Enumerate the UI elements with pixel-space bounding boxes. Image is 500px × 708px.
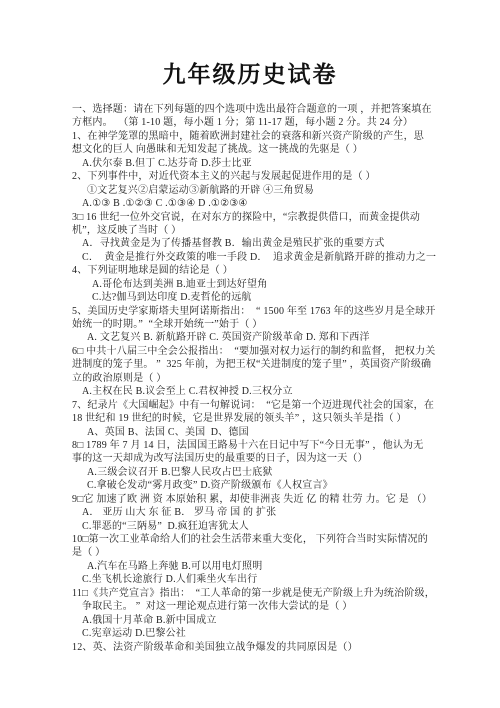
instructions-line-1: 一、选择题：请在下列每题的四个选项中选出最符合题意的一项 ，并把答案填在 bbox=[72, 103, 482, 116]
page-title: 九年级历史试卷 bbox=[0, 56, 500, 89]
exam-body: 一、选择题：请在下列每题的四个选项中选出最符合题意的一项 ，并把答案填在 方框内… bbox=[72, 103, 482, 654]
question-3-text-cont: 机”，这反映了当时（ ） bbox=[72, 224, 482, 237]
question-2-text: 2、下列事件中，对近代资本主义的兴起与发展起促进作用的是（ ） bbox=[72, 170, 482, 183]
question-3-text: 3□ 16 世纪一位外交官说，在对东方的探险中，“宗教提供借口，而黄金提供动 bbox=[72, 211, 482, 224]
question-8-options-cd: C.拿破仑发动“雾月政变” D.资产阶级颁布《人权宣言》 bbox=[72, 479, 482, 492]
question-7-text-cont: 18 世纪和 19 世纪的时候，它是世界发展的领头羊” ，这只领头羊是指（ ） bbox=[72, 412, 482, 425]
question-5-text-cont: 始统一的时期。” “全球开始统一”始于（ ） bbox=[72, 318, 482, 331]
question-6-text: 6□ 中共十八届三中全会公报指出： “要加强对权力运行的制约和监督， 把权力关 bbox=[72, 345, 482, 358]
question-1-text: 1、在神学笼罩的黑暗中，随着欧洲封建社会的衰落和新兴资产阶级的产生，思 bbox=[72, 130, 482, 143]
question-4-text: 4、下列证明地球是圆的结论是（ ） bbox=[72, 264, 482, 277]
question-9-options-ab: A． 亚历 山大 东 征 B． 罗马 帝 国 的 扩张 bbox=[72, 506, 482, 519]
question-11-options-ab: A.俄国十月革命 B.新中国成立 bbox=[72, 614, 482, 627]
question-12-text: 12、英、法资产阶级革命和美国独立战争爆发的共同原因是（） bbox=[72, 641, 482, 654]
question-2-options: A.①③ B .①②③ C .①③④ D .①②③④ bbox=[72, 197, 482, 210]
question-1-options: A.伏尔泰 B.但丁 C.达芬奇 D.莎士比亚 bbox=[72, 157, 482, 170]
question-4-options-ab: A.哥伦布达到美洲 B.迪亚士到达好望角 bbox=[72, 278, 482, 291]
question-3-options-cd: C． 黄金是推行外交政策的唯一手段 D． 追求黄金是新航路开辟的推动力之一 bbox=[72, 251, 482, 264]
question-5-text: 5、美国历史学家斯塔夫里阿诺斯指出： “ 1500 年至 1763 年的这些岁月… bbox=[72, 305, 482, 318]
question-7-text: 7、纪录片《大国崛起》中有一句解说词： “它是第一个迈进现代社会的国家，在 bbox=[72, 399, 482, 412]
question-10-text-cont: 是（ ） bbox=[72, 546, 482, 559]
question-10-options-cd: C.坐飞机长途旅行 D.人们乘坐火车出行 bbox=[72, 573, 482, 586]
question-7-options: A、英国 B、法国 C、美国 D、德国 bbox=[72, 426, 482, 439]
question-2-items: ①文艺复兴②启蒙运动③新航路的开辟 ④三角贸易 bbox=[72, 184, 482, 197]
question-1-text-cont: 想文化的巨人 向愚昧和无知发起了挑战。这一挑战的先驱是（ ） bbox=[72, 143, 482, 156]
question-11-options-cd: C.宪章运动 D.巴黎公社 bbox=[72, 627, 482, 640]
instructions-line-2: 方框内。 （第 1-10 题，每小题 1 分；第 11-17 题，每小题 2 分… bbox=[72, 116, 482, 129]
question-10-options-ab: A.汽车在马路上奔驰 B.可以用电灯照明 bbox=[72, 560, 482, 573]
question-8-text: 8□ 1789 年 7 月 14 日，法国国王路易十六在日记中写下“今日无事” … bbox=[72, 439, 482, 452]
question-11-text-cont: 争取民主。 ” 对这一理论观点进行第一次伟大尝试的是（ ） bbox=[72, 600, 482, 613]
question-5-options: A. 文艺复兴 B. 新航路开辟 C. 英国资产阶级革命 D. 郑和下西洋 bbox=[72, 331, 482, 344]
question-10-text: 10□第一次工业革命给人们的社会生活带来重大变化， 下列符合当时实际情况的 bbox=[72, 533, 482, 546]
question-6-text-cont-1: 进制度的笼子里。 ” 325 年前，为把王权“关进制度的笼子里” ，英国资产阶级… bbox=[72, 358, 482, 371]
question-9-text: 9□它 加速了欧 洲 资 本原始积 累，却使非洲丧 失近 亿 的精 壮劳 力。它… bbox=[72, 493, 482, 506]
question-6-text-cont-2: 立的政治原则是（ ） bbox=[72, 372, 482, 385]
question-3-options-ab: A．寻找黄金是为了传播基督教 B．输出黄金是殖民扩张的重要方式 bbox=[72, 237, 482, 250]
question-8-options-ab: A.三级会议召开 B.巴黎人民攻占巴士底狱 bbox=[72, 466, 482, 479]
exam-page: 九年级历史试卷 一、选择题：请在下列每题的四个选项中选出最符合题意的一项 ，并把… bbox=[0, 0, 500, 708]
question-9-options-cd: C.罪恶的“三陃易” D.疯狂迫害犹太人 bbox=[72, 520, 482, 533]
question-8-text-cont: 事的这一天却成为改写法国历史的最重要的日子，因为这一天（） bbox=[72, 452, 482, 465]
question-11-text: 11□《共产党宣言》指出： “工人革命的第一步就是使无产阶级上升为统治阶级， bbox=[72, 587, 482, 600]
question-4-options-cd: C.达?伽马到达印度 D.麦哲伦的远航 bbox=[72, 291, 482, 304]
question-6-options: A.主权在民 B.议会至上 C.君权神授 D.三权分立 bbox=[72, 385, 482, 398]
